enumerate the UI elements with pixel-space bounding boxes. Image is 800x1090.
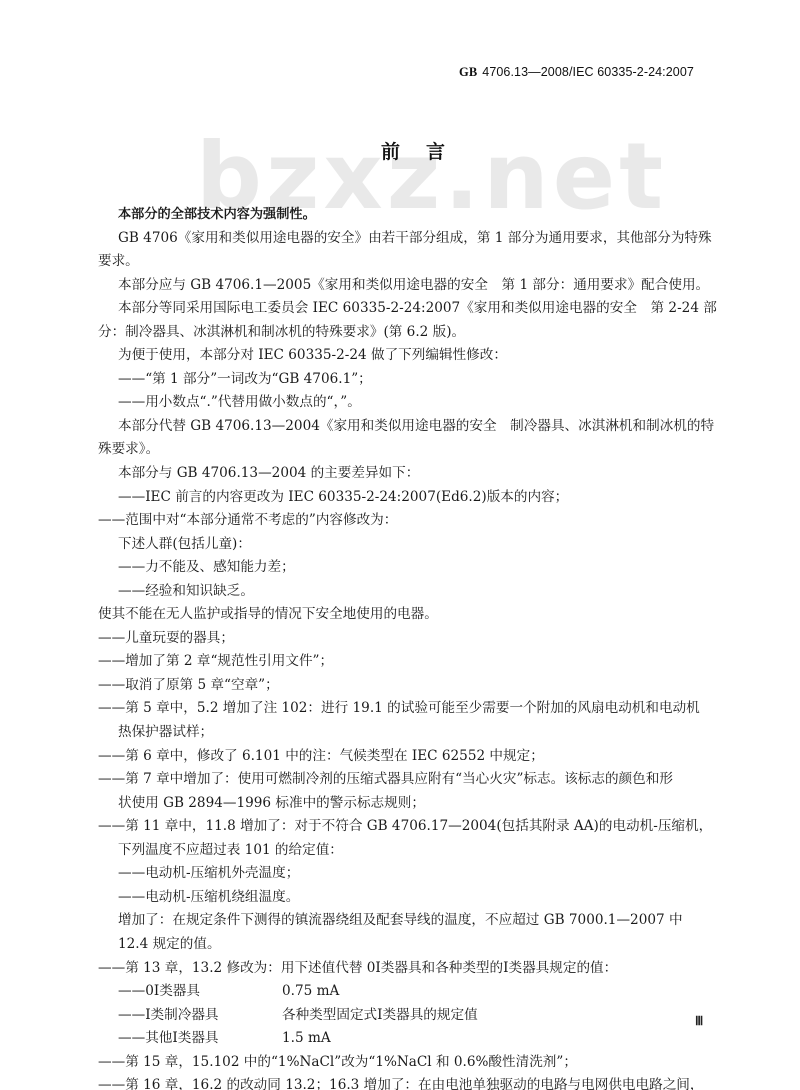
list-item: ——Ⅰ类制冷器具各种类型固定式Ⅰ类器具的规定值 <box>98 1004 710 1028</box>
standard-code: 4706.13—2008/IEC 60335-2-24:2007 <box>482 65 694 79</box>
text-line: ——第 15 章，15.102 中的“1%NaCl”改为“1%NaCl 和 0.… <box>98 1051 710 1075</box>
text-line: 热保护器试样； <box>98 721 710 745</box>
text-line: ——IEC 前言的内容更改为 IEC 60335-2-24:2007(Ed6.2… <box>98 486 710 510</box>
text-line: ——第 7 章中增加了：使用可燃制冷剂的压缩式器具应附有“当心火灾”标志。该标志… <box>98 768 710 792</box>
text-line: 下述人群(包括儿童)： <box>98 533 710 557</box>
text-line: 为便于使用，本部分对 IEC 60335-2-24 做了下列编辑性修改： <box>98 344 710 368</box>
appliance-class-label: ——其他Ⅰ类器具 <box>118 1027 282 1051</box>
text-line: ——“第 1 部分”一词改为“GB 4706.1”； <box>98 368 710 392</box>
text-line: 状使用 GB 2894—1996 标准中的警示标志规则； <box>98 792 710 816</box>
text-line: 殊要求》。 <box>98 438 710 462</box>
paragraph-lines-tail: ——第 15 章，15.102 中的“1%NaCl”改为“1%NaCl 和 0.… <box>98 1051 710 1090</box>
text-line: ——用小数点“.”代替用做小数点的“，”。 <box>98 391 710 415</box>
paragraph-lines: 本部分的全部技术内容为强制性。GB 4706《家用和类似用途电器的安全》由若干部… <box>98 203 710 980</box>
text-line: 要求。 <box>98 250 710 274</box>
text-line: ——取消了原第 5 章“空章”； <box>98 674 710 698</box>
text-line: ——第 13 章，13.2 修改为：用下述值代替 0Ⅰ类器具和各种类型的Ⅰ类器具… <box>98 957 710 981</box>
text-line: ——第 6 章中，修改了 6.101 中的注：气候类型在 IEC 62552 中… <box>98 745 710 769</box>
document-body: 本部分的全部技术内容为强制性。GB 4706《家用和类似用途电器的安全》由若干部… <box>98 203 710 1090</box>
leakage-current-value: 1.5 mA <box>282 1027 331 1051</box>
text-line: ——范围中对“本部分通常不考虑的”内容修改为： <box>98 509 710 533</box>
text-line: 分：制冷器具、冰淇淋机和制冰机的特殊要求》(第 6.2 版)。 <box>98 321 710 345</box>
text-line: ——电动机-压缩机外壳温度； <box>98 862 710 886</box>
text-line: 增加了：在规定条件下测得的镇流器绕组及配套导线的温度，不应超过 GB 7000.… <box>98 909 710 933</box>
text-line: ——第 11 章中，11.8 增加了：对于不符合 GB 4706.17—2004… <box>98 815 710 839</box>
text-line: 使其不能在无人监护或指导的情况下安全地使用的电器。 <box>98 603 710 627</box>
leakage-current-list: ——0Ⅰ类器具0.75 mA——Ⅰ类制冷器具各种类型固定式Ⅰ类器具的规定值——其… <box>98 980 710 1051</box>
text-line: ——经验和知识缺乏。 <box>98 580 710 604</box>
leakage-current-value: 各种类型固定式Ⅰ类器具的规定值 <box>282 1004 478 1028</box>
text-line: 12.4 规定的值。 <box>98 933 710 957</box>
text-line: ——电动机-压缩机绕组温度。 <box>98 886 710 910</box>
page-title: 前言 <box>0 137 800 164</box>
text-line: GB 4706《家用和类似用途电器的安全》由若干部分组成，第 1 部分为通用要求… <box>98 227 710 251</box>
text-line: 下列温度不应超过表 101 的给定值： <box>98 839 710 863</box>
list-item: ——0Ⅰ类器具0.75 mA <box>98 980 710 1004</box>
text-line: 本部分应与 GB 4706.1—2005《家用和类似用途电器的安全 第 1 部分… <box>98 274 710 298</box>
leakage-current-value: 0.75 mA <box>282 980 339 1004</box>
standard-header: GB4706.13—2008/IEC 60335-2-24:2007 <box>459 65 694 80</box>
text-line: 本部分的全部技术内容为强制性。 <box>98 203 710 227</box>
text-line: 本部分代替 GB 4706.13—2004《家用和类似用途电器的安全 制冷器具、… <box>98 415 710 439</box>
text-line: 本部分与 GB 4706.13—2004 的主要差异如下： <box>98 462 710 486</box>
text-line: ——第 16 章，16.2 的改动同 13.2；16.3 增加了：在由电池单独驱… <box>98 1074 710 1090</box>
standard-prefix: GB <box>459 65 477 79</box>
text-line: ——增加了第 2 章“规范性引用文件”； <box>98 650 710 674</box>
text-line: ——儿童玩耍的器具； <box>98 627 710 651</box>
list-item: ——其他Ⅰ类器具1.5 mA <box>98 1027 710 1051</box>
appliance-class-label: ——Ⅰ类制冷器具 <box>118 1004 282 1028</box>
text-line: 本部分等同采用国际电工委员会 IEC 60335-2-24:2007《家用和类似… <box>98 297 710 321</box>
text-line: ——力不能及、感知能力差； <box>98 556 710 580</box>
appliance-class-label: ——0Ⅰ类器具 <box>118 980 282 1004</box>
text-line: ——第 5 章中，5.2 增加了注 102：进行 19.1 的试验可能至少需要一… <box>98 697 710 721</box>
